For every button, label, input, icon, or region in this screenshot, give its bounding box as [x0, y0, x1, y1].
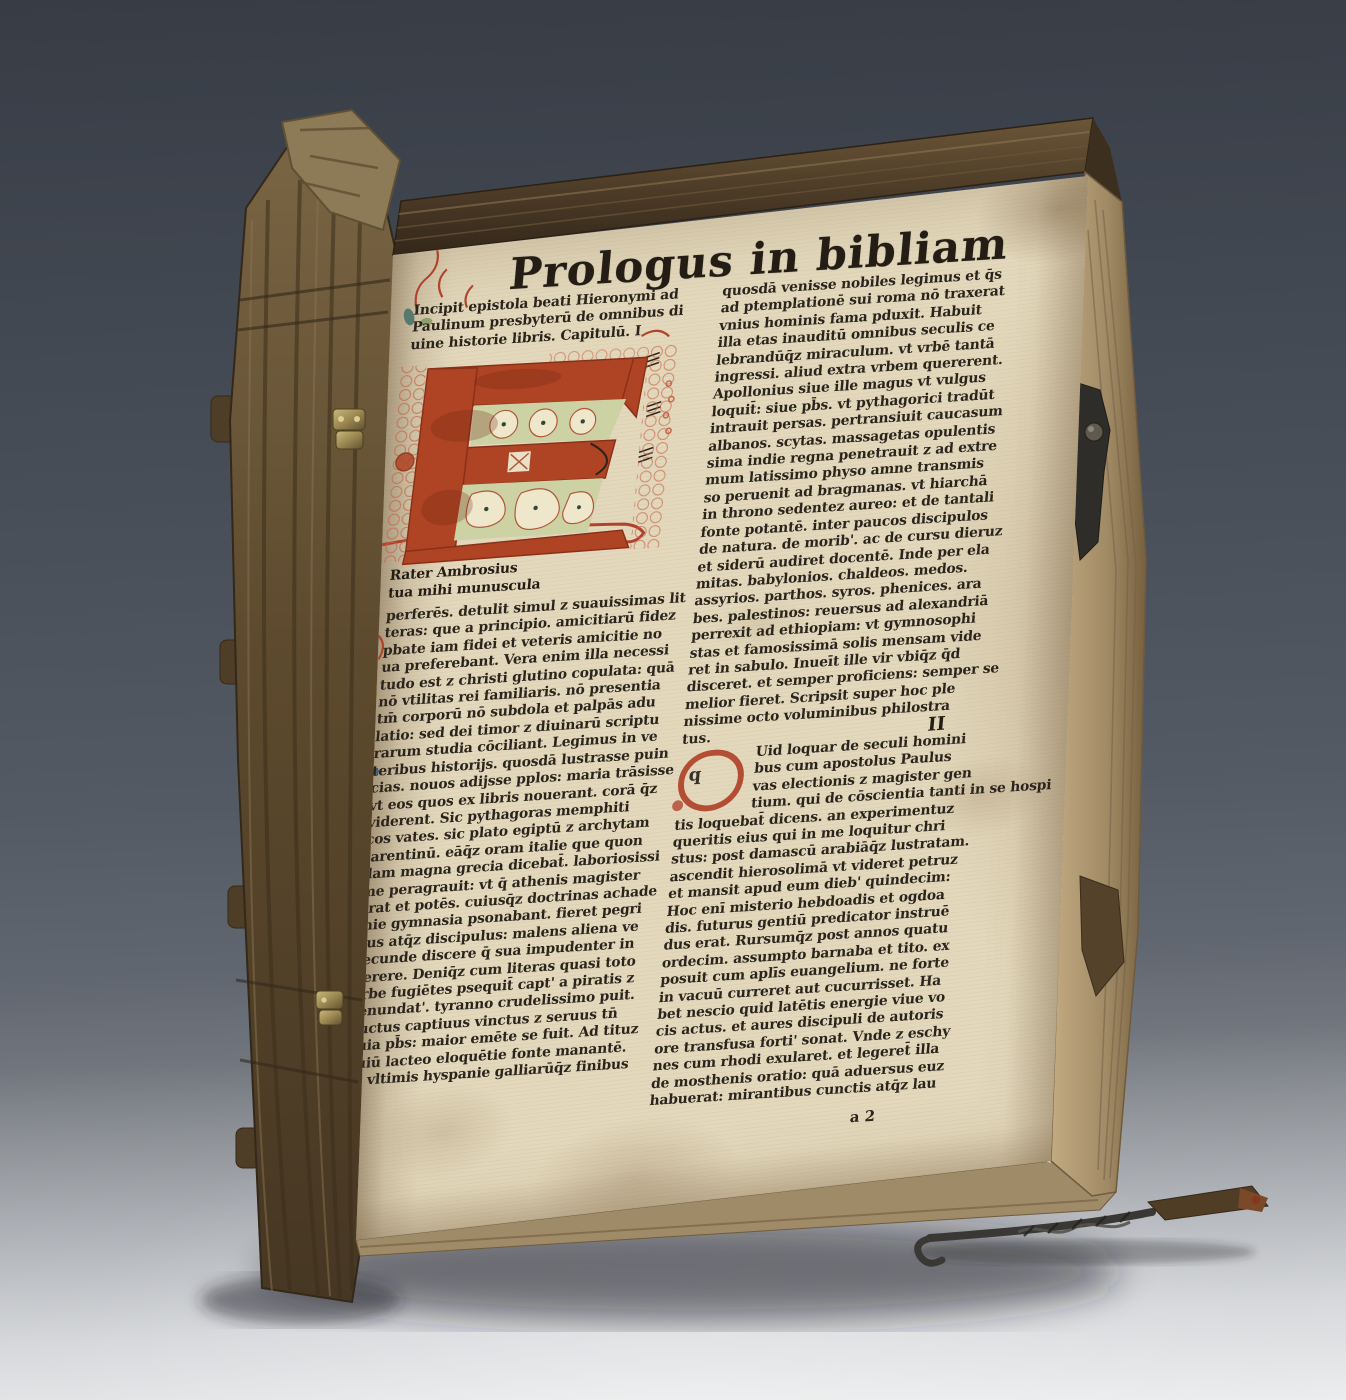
chapter-numeral: II	[927, 715, 946, 733]
illuminated-initial-f	[383, 344, 679, 567]
left-column-text: perferēs. detulit simul z suauissimas li…	[356, 590, 682, 1091]
page-content: Prologus in bibliam Incipit epistola bea…	[356, 210, 1088, 1240]
opened-page: Prologus in bibliam Incipit epistola bea…	[356, 176, 1088, 1240]
clasp-hinge-bottom	[316, 991, 343, 1025]
clasp-hinge-top	[333, 409, 365, 449]
photograph-of-incunable-bible: Prologus in bibliam Incipit epistola bea…	[0, 0, 1346, 1400]
signature-mark: a 2	[849, 1102, 943, 1126]
right-column-text-a: quosdā venisse nobiles legimus et q̄sad …	[683, 266, 1018, 732]
text-columns: Incipit epistola beati Hieronymi adPauli…	[356, 266, 1018, 1158]
initial-q-paragraph: q Uid loquar de seculi hominibus cum apo…	[649, 731, 976, 1111]
guide-letter: q	[688, 764, 702, 786]
paragraph-end-word: tus.	[681, 730, 712, 749]
right-column: quosdā venisse nobiles legimus et q̄sad …	[646, 266, 1018, 1139]
